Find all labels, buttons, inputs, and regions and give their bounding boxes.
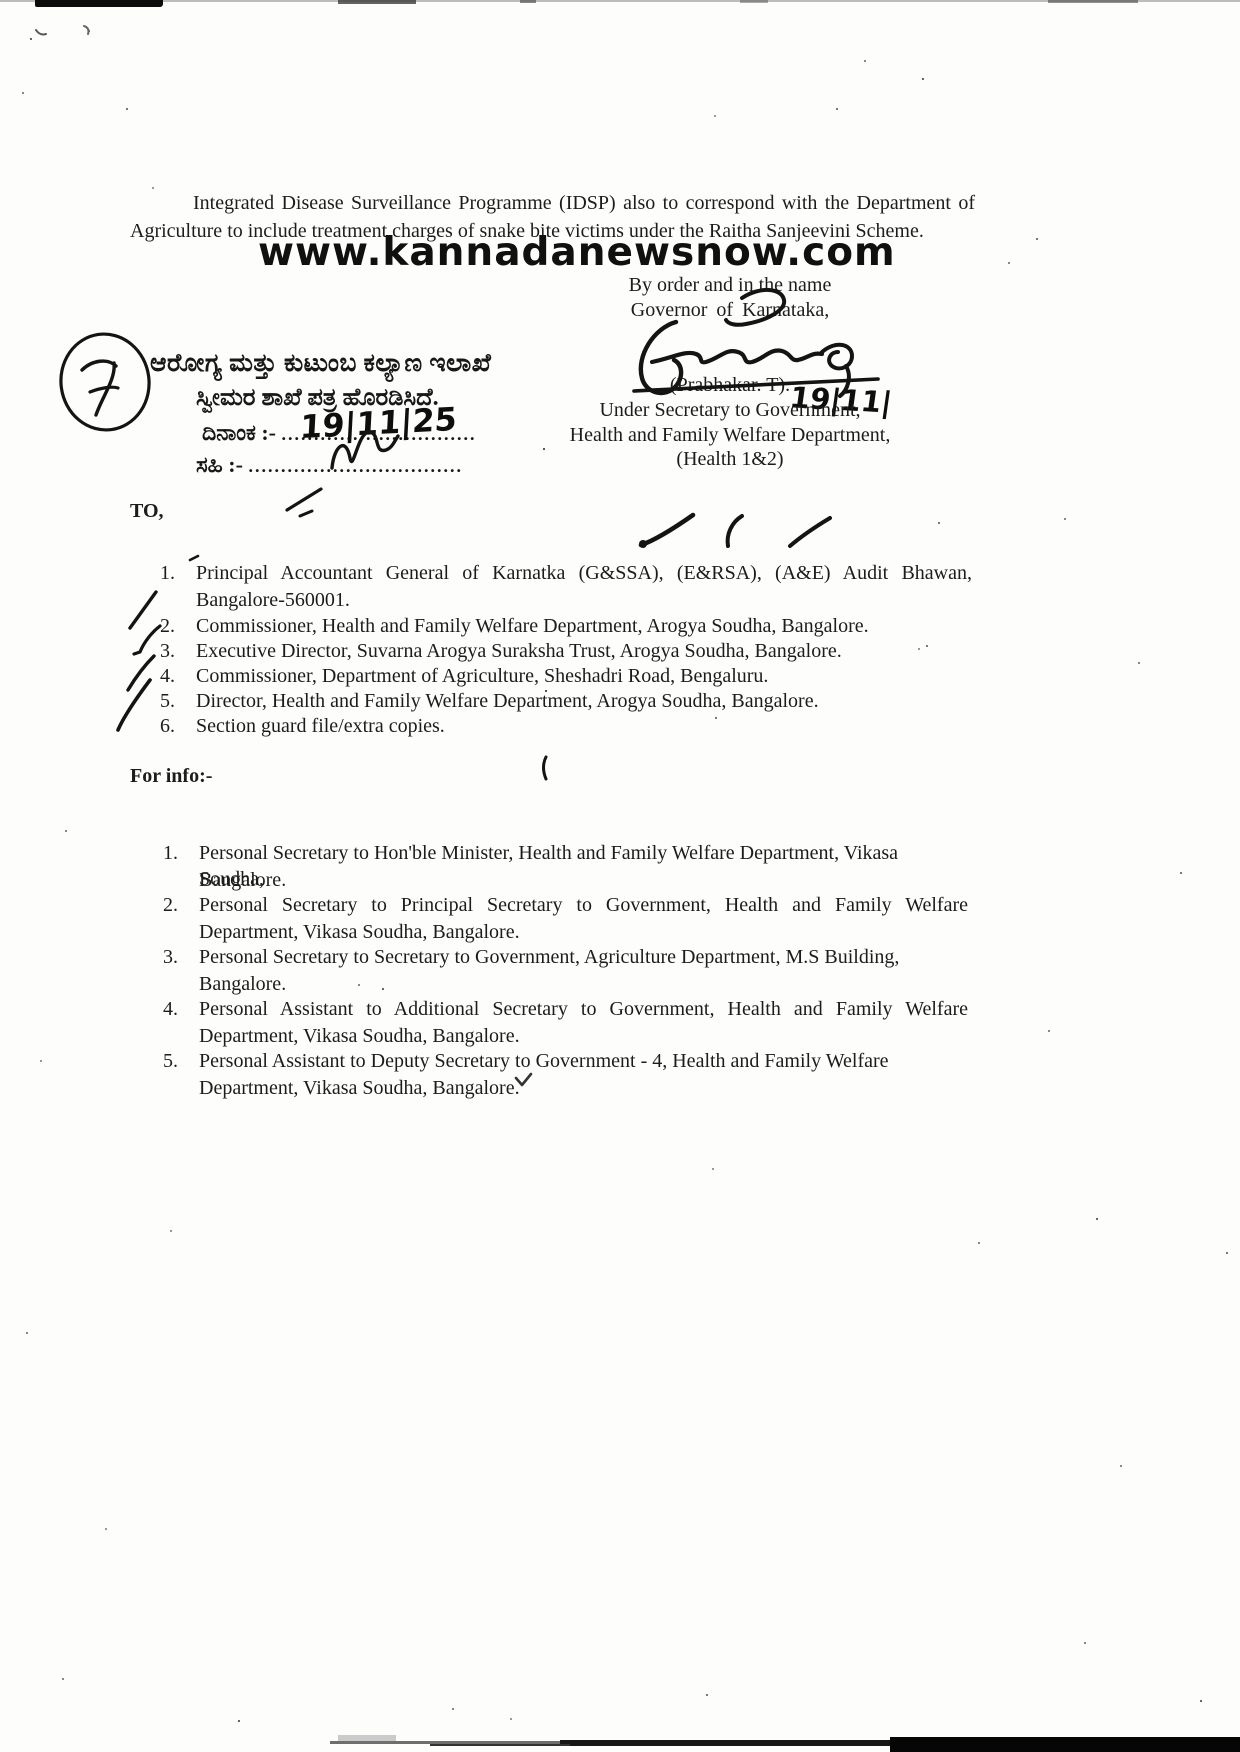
stamp-date-label: ದಿನಾಂಕ :-	[202, 420, 276, 445]
scan-edge-bottom-chunk-3	[890, 1737, 1240, 1752]
watermark-text: www.kannadanewsnow.com	[258, 233, 896, 272]
to-item-6: 6. Section guard file/extra copies.	[160, 713, 972, 739]
to-item-1: 1. Principal Accountant General of Karna…	[160, 560, 972, 586]
to-heading: TO,	[130, 498, 164, 524]
for-info-item-1-number: 1.	[163, 840, 199, 892]
for-info-item-2-text: Personal Secretary to Principal Secretar…	[199, 892, 968, 918]
for-info-item-1-continuation: Bangalore.	[199, 867, 286, 893]
scan-edge-top-chunk-3	[520, 0, 536, 3]
for-info-heading: For info:-	[130, 763, 212, 789]
to-item-1-continuation: Bangalore-560001.	[196, 587, 350, 613]
for-info-item-2-number: 2.	[163, 892, 199, 918]
to-item-3-number: 3.	[160, 638, 196, 664]
to-item-6-number: 6.	[160, 713, 196, 739]
to-item-5-number: 5.	[160, 688, 196, 714]
for-info-item-4-text: Personal Assistant to Additional Secreta…	[199, 996, 968, 1022]
to-item-2-text: Commissioner, Health and Family Welfare …	[196, 613, 972, 639]
governor-line: Governor of Karnataka,	[560, 297, 900, 323]
designation-line-1: Under Secretary to Government,	[530, 397, 930, 423]
for-info-item-5-continuation: Department, Vikasa Soudha, Bangalore.	[199, 1075, 520, 1101]
tick-marks	[639, 515, 830, 548]
to-item-6-text: Section guard file/extra copies.	[196, 713, 972, 739]
scan-edge-bottom-chunk-4	[338, 1735, 396, 1741]
for-info-item-2: 2. Personal Secretary to Principal Secre…	[163, 892, 968, 918]
stamp-line-1: ಆರೋಗ್ಯ ಮತ್ತು ಕುಟುಂಬ ಕಲ್ಯಾಣ ಇಲಾಖೆ	[150, 350, 491, 378]
to-item-4-text: Commissioner, Department of Agriculture,…	[196, 663, 972, 689]
to-item-4: 4. Commissioner, Department of Agricultu…	[160, 663, 972, 689]
margin-slash-3	[128, 656, 154, 690]
tick-mark-3	[790, 518, 830, 546]
for-info-item-3-continuation: Bangalore.	[199, 971, 286, 997]
margin-slash-2	[134, 626, 160, 654]
to-item-3: 3. Executive Director, Suvarna Arogya Su…	[160, 638, 972, 664]
for-info-item-5: 5. Personal Assistant to Deputy Secretar…	[163, 1048, 968, 1074]
for-info-item-5-number: 5.	[163, 1048, 199, 1074]
stamp-sign-dots: .................................	[248, 456, 463, 476]
scanned-letter-page: Integrated Disease Surveillance Programm…	[0, 0, 1240, 1752]
paper-speckles	[0, 0, 2, 2]
for-info-item-3-number: 3.	[163, 944, 199, 970]
scan-edge-top-chunk-1	[35, 0, 163, 7]
stamp-sign-row: ಸಹಿ :- .................................	[196, 452, 463, 478]
margin-slash-4	[118, 680, 150, 730]
tick-mark-1	[641, 515, 693, 545]
paragraph-line-1: Integrated Disease Surveillance Programm…	[193, 190, 975, 216]
to-item-2: 2. Commissioner, Health and Family Welfa…	[160, 613, 972, 639]
to-item-4-number: 4.	[160, 663, 196, 689]
scan-edge-top-chunk-5	[1048, 0, 1138, 3]
for-info-item-5-text: Personal Assistant to Deputy Secretary t…	[199, 1048, 968, 1074]
for-info-item-4-number: 4.	[163, 996, 199, 1022]
to-item-1-number: 1.	[160, 560, 196, 586]
to-item-5-text: Director, Health and Family Welfare Depa…	[196, 688, 972, 714]
for-info-item-4-continuation: Department, Vikasa Soudha, Bangalore.	[199, 1023, 520, 1049]
for-info-item-3-text: Personal Secretary to Secretary to Gover…	[199, 944, 968, 970]
margin-slash-1	[130, 592, 156, 628]
to-item-2-number: 2.	[160, 613, 196, 639]
stamp-circled-number-value: 7	[96, 358, 116, 409]
corner-mark-1	[36, 30, 46, 35]
scan-edge-bottom-chunk-5	[430, 1744, 570, 1746]
designation-line-2: Health and Family Welfare Department,	[530, 422, 930, 448]
scan-edge-bottom-chunk-2	[560, 1740, 900, 1746]
scan-edge-top-chunk-2	[338, 0, 416, 4]
designation-line-3: (Health 1&2)	[530, 446, 930, 472]
corner-mark-2	[84, 26, 89, 34]
scan-edge-top-chunk-4	[740, 0, 768, 3]
for-info-pen-mark	[544, 757, 547, 779]
for-info-item-4: 4. Personal Assistant to Additional Secr…	[163, 996, 968, 1022]
to-item-5: 5. Director, Health and Family Welfare D…	[160, 688, 972, 714]
for-info-item-1-text: Personal Secretary to Hon'ble Minister, …	[199, 840, 968, 892]
for-info-item-3: 3. Personal Secretary to Secretary to Go…	[163, 944, 968, 970]
stamp-sign-label: ಸಹಿ :-	[196, 452, 243, 477]
for-info-item-2-continuation: Department, Vikasa Soudha, Bangalore.	[199, 919, 520, 945]
tick-mark-2	[728, 516, 742, 546]
to-item-1-text: Principal Accountant General of Karnatka…	[196, 560, 972, 586]
by-order-line: By order and in the name	[560, 272, 900, 298]
to-item-3-text: Executive Director, Suvarna Arogya Surak…	[196, 638, 972, 664]
